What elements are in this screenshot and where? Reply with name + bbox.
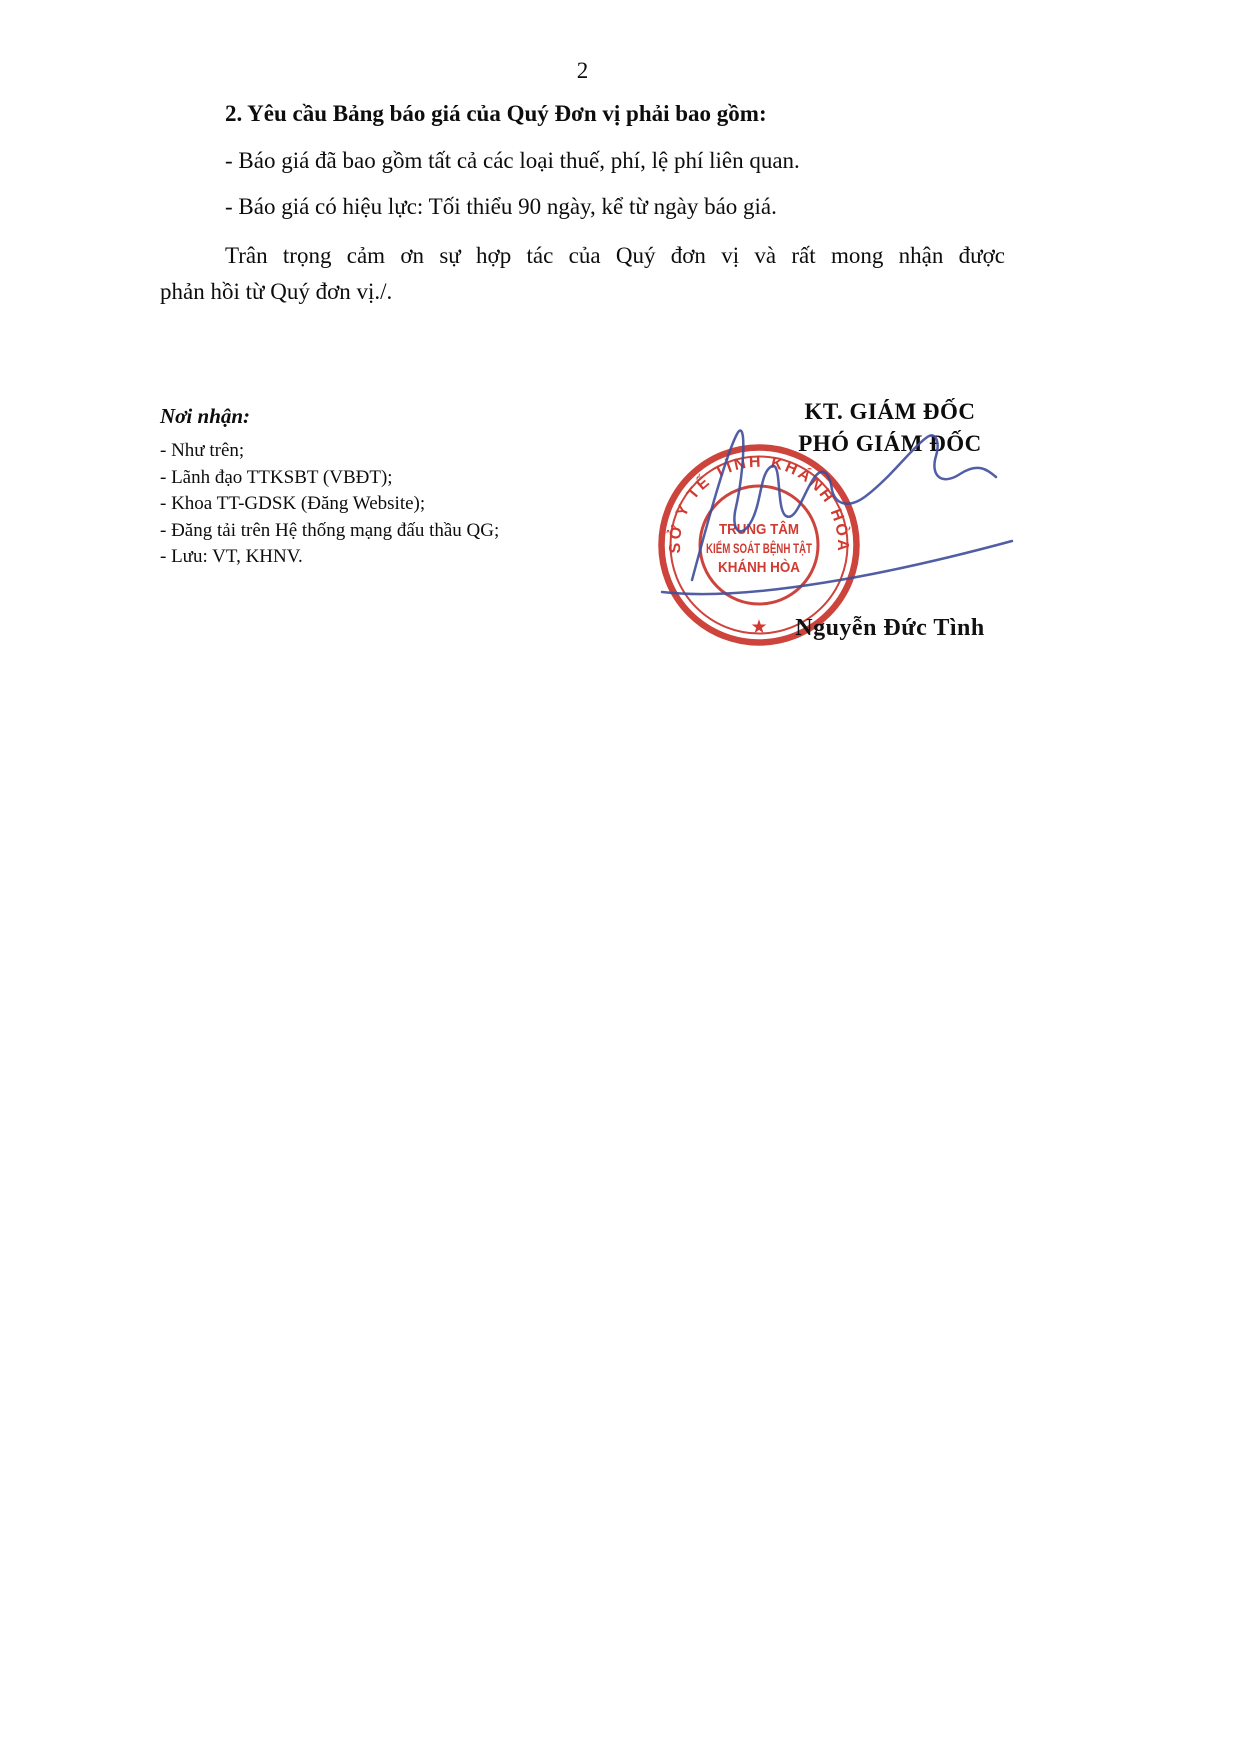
closing-paragraph-line-1: Trân trọng cảm ơn sự hợp tác của Quý đơn…: [225, 243, 1005, 269]
section-heading: 2. Yêu cầu Bảng báo giá của Quý Đơn vị p…: [225, 101, 767, 127]
page-number: 2: [160, 58, 1005, 84]
bullet-line-2: - Báo giá có hiệu lực: Tối thiểu 90 ngày…: [225, 194, 777, 220]
bullet-line-1: - Báo giá đã bao gồm tất cả các loại thu…: [225, 148, 800, 174]
recipient-item: - Đăng tải trên Hệ thống mạng đấu thầu Q…: [160, 518, 499, 545]
signer-name: Nguyễn Đức Tình: [700, 615, 1080, 642]
recipient-item: - Lãnh đạo TTKSBT (VBĐT);: [160, 465, 499, 492]
recipients-list: - Như trên; - Lãnh đạo TTKSBT (VBĐT); - …: [160, 438, 499, 571]
document-page: 2 2. Yêu cầu Bảng báo giá của Quý Đơn vị…: [0, 0, 1241, 1754]
closing-paragraph-line-2: phản hồi từ Quý đơn vị./.: [160, 279, 392, 305]
recipient-item: - Lưu: VT, KHNV.: [160, 544, 499, 571]
signature-stroke-underline: [662, 541, 1012, 594]
recipient-item: - Như trên;: [160, 438, 499, 465]
recipients-label: Nơi nhận:: [160, 404, 250, 429]
handwritten-signature: [630, 412, 1030, 607]
recipient-item: - Khoa TT-GDSK (Đăng Website);: [160, 491, 499, 518]
